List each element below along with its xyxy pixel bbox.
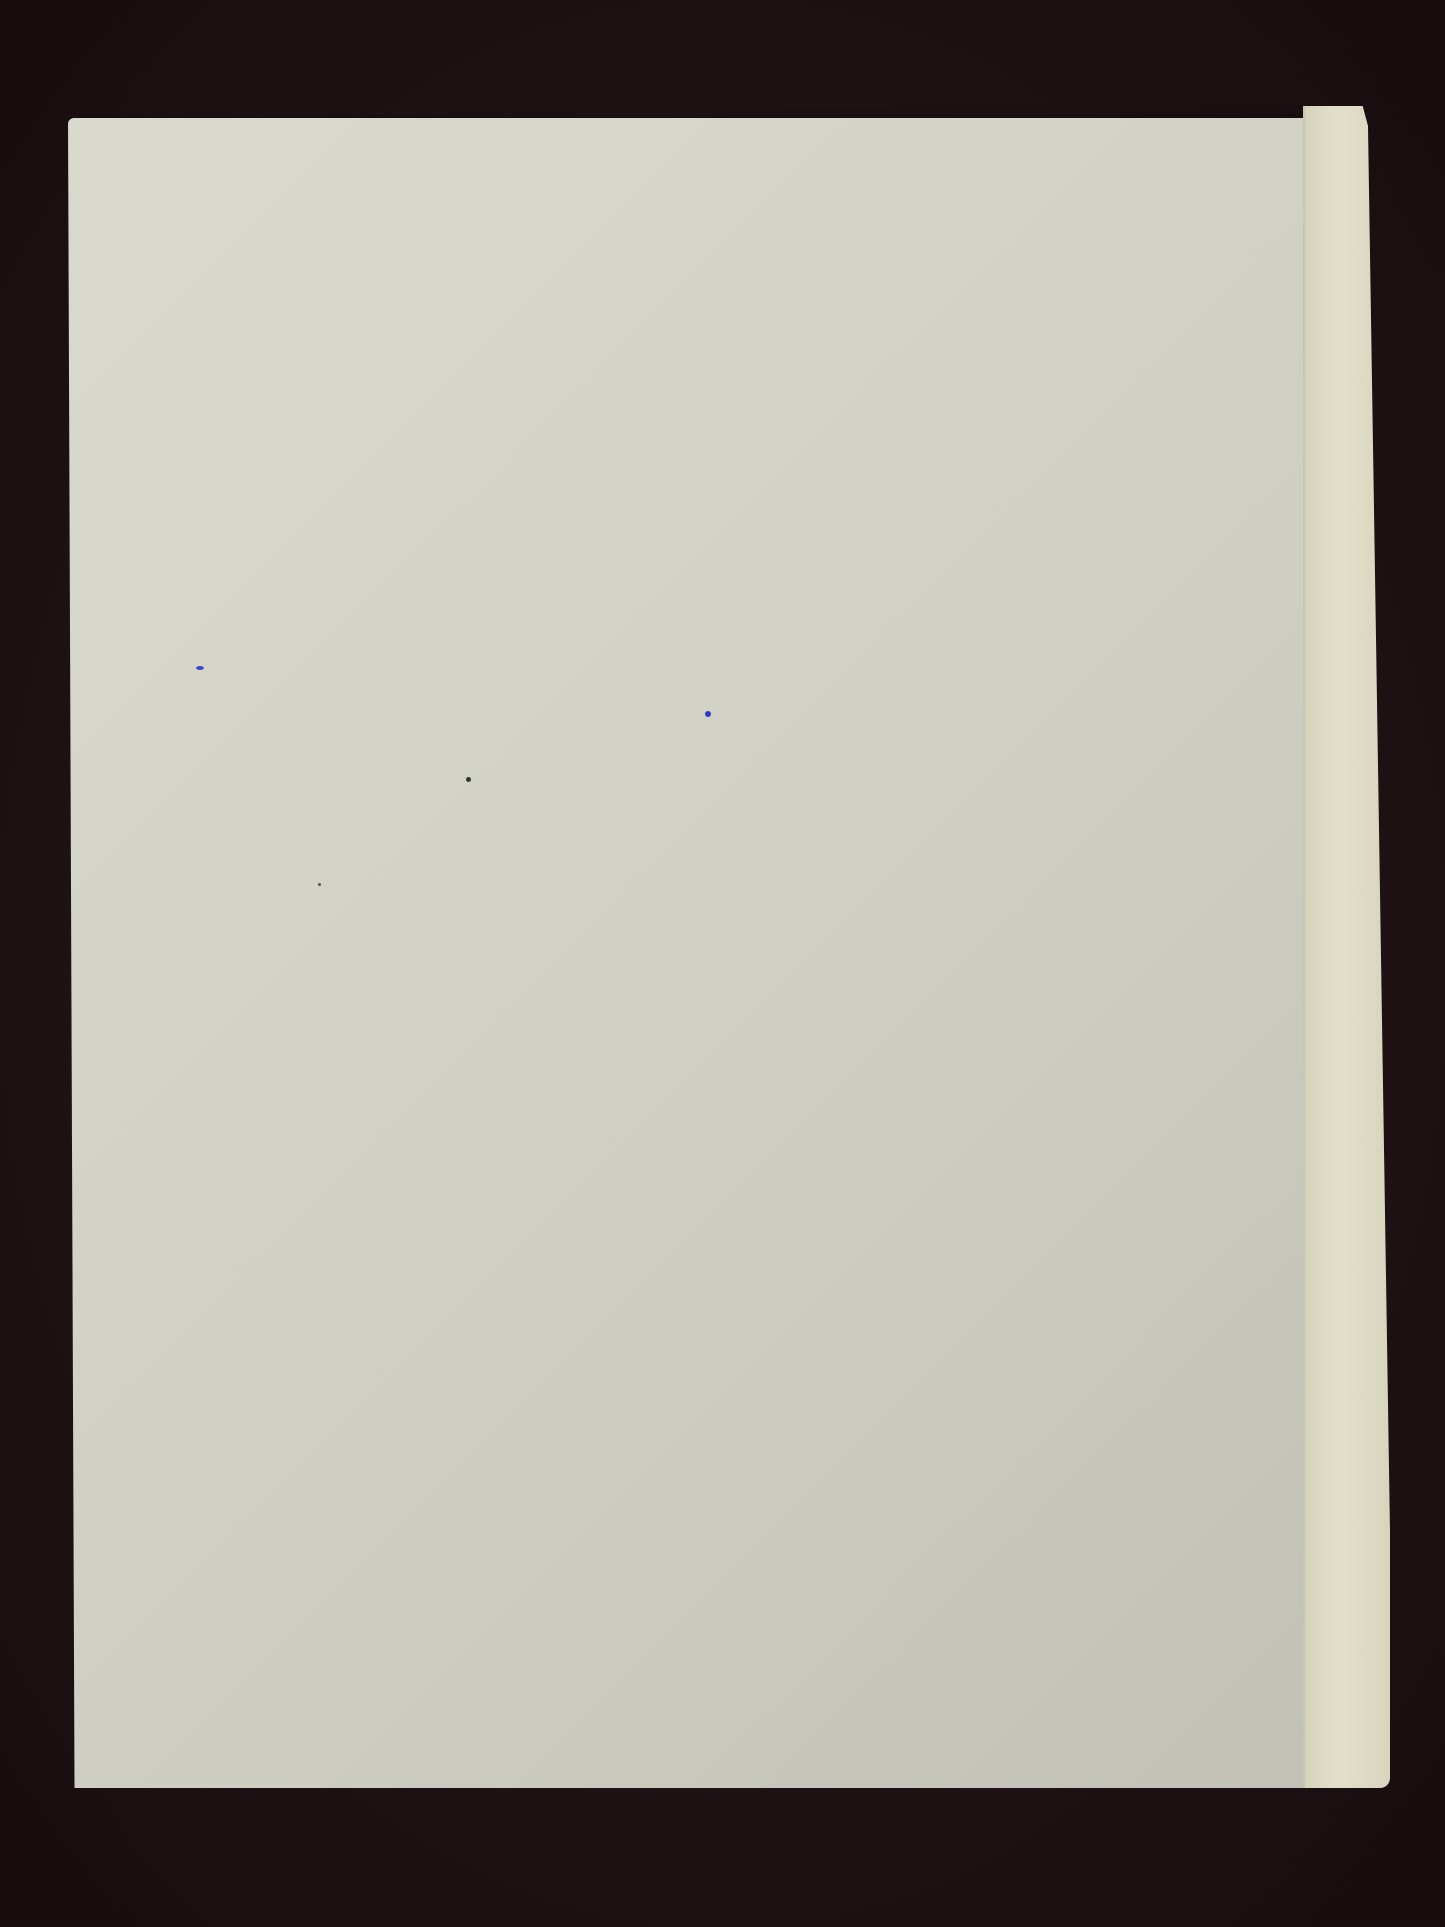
book (68, 118, 1368, 1788)
ink-speck (196, 666, 204, 670)
ink-speck (705, 711, 711, 717)
dirt-speck (466, 777, 471, 782)
dirt-speck (318, 883, 321, 886)
book-spine (1303, 106, 1390, 1788)
back-cover (68, 118, 1368, 1788)
